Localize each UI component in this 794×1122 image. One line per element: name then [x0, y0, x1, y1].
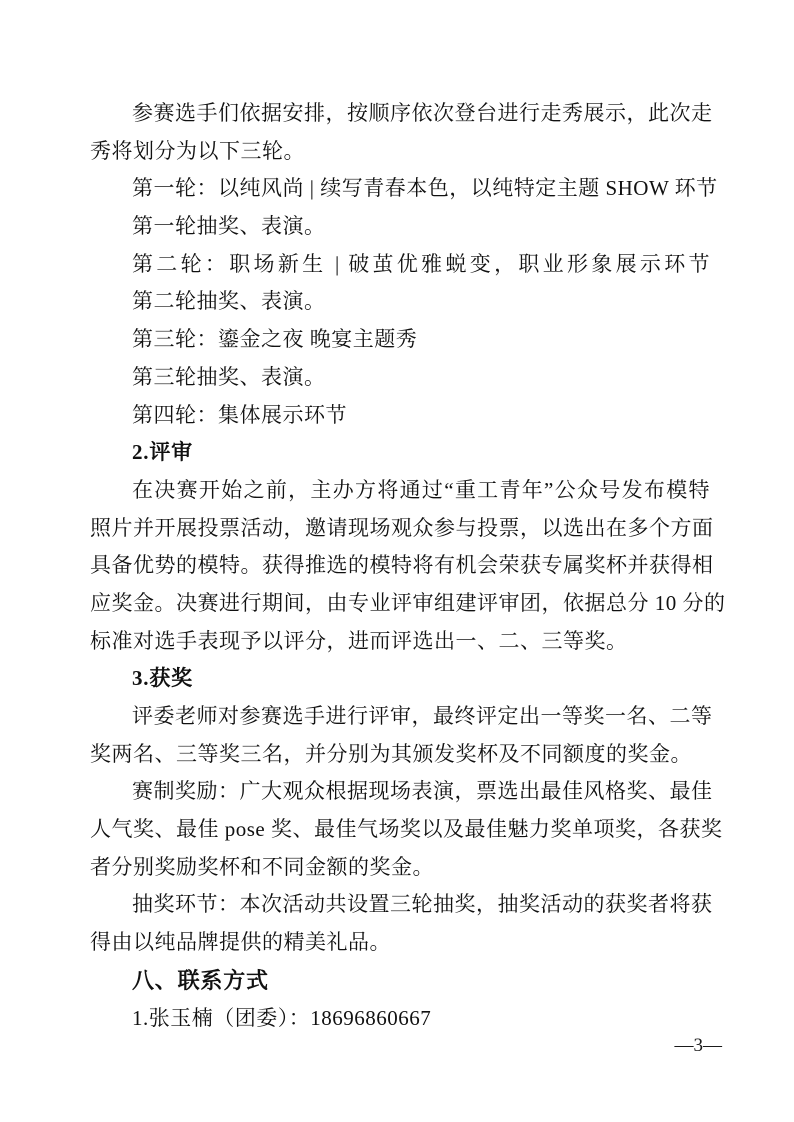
- text-line: 第一轮：以纯风尚 | 续写青春本色，以纯特定主题 SHOW 环节: [90, 170, 710, 208]
- text-line: 评委老师对参赛选手进行评审，最终评定出一等奖一名、二等: [90, 698, 710, 736]
- text-line: 奖两名、三等奖三名，并分别为其颁发奖杯及不同额度的奖金。: [90, 736, 710, 774]
- text-line: 人气奖、最佳 pose 奖、最佳气场奖以及最佳魅力奖单项奖，各获奖: [90, 811, 710, 849]
- text-line: 应奖金。决赛进行期间，由专业评审组建评审团，依据总分 10 分的: [90, 585, 710, 623]
- section-heading: 八、联系方式: [90, 962, 710, 1000]
- text-line: 第三轮抽奖、表演。: [90, 359, 710, 397]
- text-line: 第二轮：职场新生 | 破茧优雅蜕变，职业形象展示环节: [90, 246, 710, 284]
- text-line: 者分别奖励奖杯和不同金额的奖金。: [90, 849, 710, 887]
- page-number: —3—: [675, 1034, 723, 1058]
- text-line: 赛制奖励：广大观众根据现场表演，票选出最佳风格奖、最佳: [90, 773, 710, 811]
- text-line: 第一轮抽奖、表演。: [90, 208, 710, 246]
- text-line: 第三轮：鎏金之夜 晚宴主题秀: [90, 321, 710, 359]
- text-line: 标准对选手表现予以评分，进而评选出一、二、三等奖。: [90, 623, 710, 661]
- text-line: 照片并开展投票活动，邀请现场观众参与投票，以选出在多个方面: [90, 510, 710, 548]
- text-line: 秀将划分为以下三轮。: [90, 133, 710, 171]
- section-heading: 2.评审: [90, 434, 710, 472]
- text-line: 参赛选手们依据安排，按顺序依次登台进行走秀展示，此次走: [90, 95, 710, 133]
- section-heading: 3.获奖: [90, 660, 710, 698]
- text-line: 第二轮抽奖、表演。: [90, 283, 710, 321]
- text-line: 第四轮：集体展示环节: [90, 397, 710, 435]
- text-line: 在决赛开始之前，主办方将通过“重工青年”公众号发布模特: [90, 472, 710, 510]
- text-line: 得由以纯品牌提供的精美礼品。: [90, 924, 710, 962]
- text-line: 1.张玉楠（团委）：18696860667: [90, 1000, 710, 1038]
- text-line: 具备优势的模特。获得推选的模特将有机会荣获专属奖杯并获得相: [90, 547, 710, 585]
- text-line: 抽奖环节：本次活动共设置三轮抽奖，抽奖活动的获奖者将获: [90, 886, 710, 924]
- document-page: 参赛选手们依据安排，按顺序依次登台进行走秀展示，此次走秀将划分为以下三轮。第一轮…: [0, 0, 794, 1122]
- document-lines: 参赛选手们依据安排，按顺序依次登台进行走秀展示，此次走秀将划分为以下三轮。第一轮…: [90, 95, 710, 1037]
